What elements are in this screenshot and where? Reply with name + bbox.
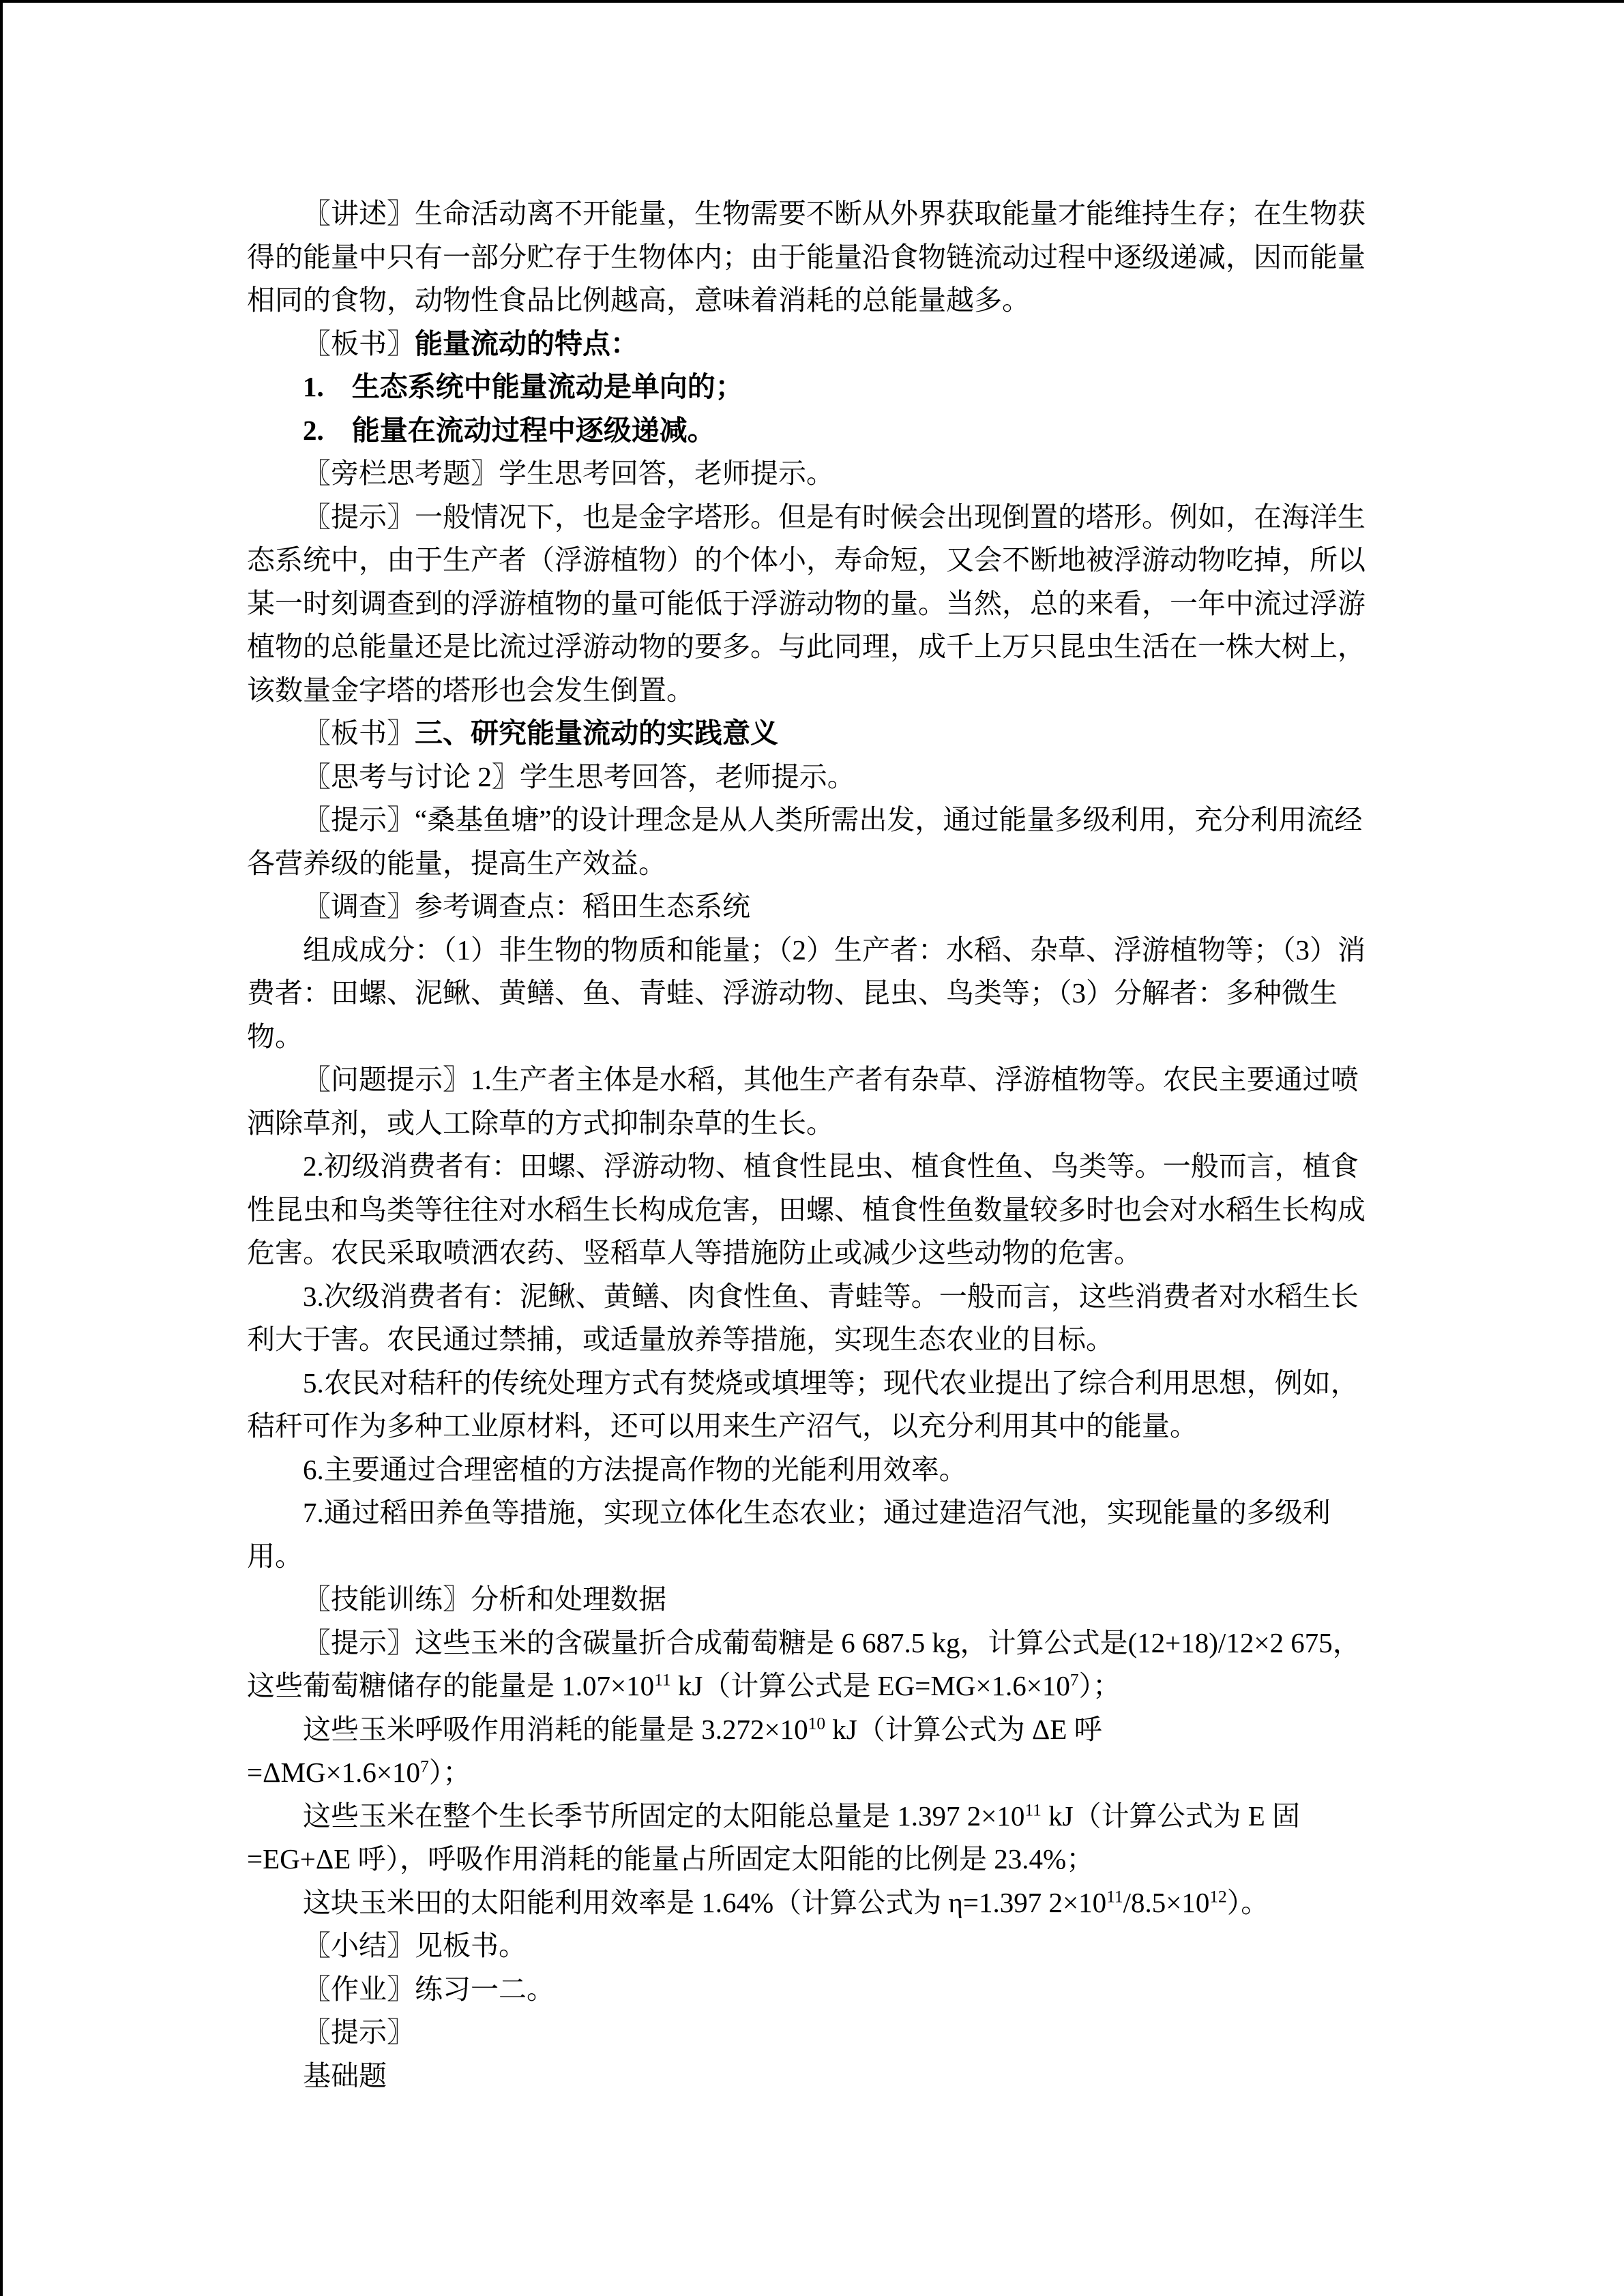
text-run: 〖板书〗: [303, 717, 415, 749]
paragraph: 5.农民对秸秆的传统处理方式有焚烧或填埋等；现代农业提出了综合利用思想，例如，秸…: [247, 1362, 1368, 1448]
superscript-text: 7: [420, 1757, 429, 1776]
text-run: 能量流动的特点：: [415, 328, 638, 359]
text-run: 〖提示〗一般情况下，也是金字塔形。但是有时候会出现倒置的塔形。例如，在海洋生态系…: [247, 501, 1365, 706]
text-run: 6.主要通过合理密植的方法提高作物的光能利用效率。: [303, 1454, 967, 1485]
text-run: 7.通过稻田养鱼等措施，实现立体化生态农业；通过建造沼气池，实现能量的多级利用。: [247, 1497, 1331, 1572]
paragraph: 〖板书〗能量流动的特点：: [247, 323, 1368, 366]
text-run: 这些玉米呼吸作用消耗的能量是 3.272×10: [303, 1714, 808, 1745]
text-run: 〖提示〗: [303, 2016, 415, 2048]
paragraph: 〖问题提示〗1.生产者主体是水稻，其他生产者有杂草、浮游植物等。农民主要通过喷洒…: [247, 1058, 1368, 1145]
text-run: 〖板书〗: [303, 328, 415, 359]
text-run: 〖小结〗见板书。: [303, 1930, 527, 1961]
paragraph: 6.主要通过合理密植的方法提高作物的光能利用效率。: [247, 1448, 1368, 1492]
superscript-text: 11: [1024, 1800, 1041, 1819]
text-run: 基础题: [303, 2060, 387, 2091]
text-run: 〖作业〗练习一二。: [303, 1973, 555, 2005]
document-body: 〖讲述〗生命活动离不开能量，生物需要不断从外界获取能量才能维持生存；在生物获得的…: [247, 192, 1368, 2098]
paragraph: 〖讲述〗生命活动离不开能量，生物需要不断从外界获取能量才能维持生存；在生物获得的…: [247, 192, 1368, 323]
scan-edge-left: [0, 0, 3, 2296]
paragraph: 〖技能训练〗分析和处理数据: [247, 1578, 1368, 1622]
paragraph: 〖提示〗“桑基鱼塘”的设计理念是从人类所需出发，通过能量多级利用，充分利用流经各…: [247, 799, 1368, 885]
text-run: 这些玉米在整个生长季节所固定的太阳能总量是 1.397 2×10: [303, 1800, 1024, 1832]
paragraph: 2. 能量在流动过程中逐级递减。: [247, 409, 1368, 453]
paragraph: 〖思考与讨论 2〗学生思考回答，老师提示。: [247, 756, 1368, 799]
superscript-text: 11: [654, 1670, 670, 1689]
text-run: 〖旁栏思考题〗学生思考回答，老师提示。: [303, 458, 834, 489]
superscript-text: 12: [1209, 1887, 1226, 1906]
paragraph: 基础题: [247, 2055, 1368, 2098]
text-run: 〖提示〗“桑基鱼塘”的设计理念是从人类所需出发，通过能量多级利用，充分利用流经各…: [247, 804, 1362, 879]
paragraph: 这些玉米在整个生长季节所固定的太阳能总量是 1.397 2×1011 kJ（计算…: [247, 1795, 1368, 1881]
paragraph: 〖提示〗: [247, 2011, 1368, 2055]
text-run: 3.次级消费者有：泥鳅、黄鳝、肉食性鱼、青蛙等。一般而言，这些消费者对水稻生长利…: [247, 1281, 1359, 1356]
text-run: kJ（计算公式为 ΔE 呼: [825, 1714, 1102, 1745]
text-run: =ΔMG×1.6×10: [247, 1757, 420, 1788]
superscript-text: 7: [1070, 1670, 1079, 1689]
text-run: 2.初级消费者有：田螺、浮游动物、植食性昆虫、植食性鱼、鸟类等。一般而言，植食性…: [247, 1150, 1365, 1268]
paragraph: 〖板书〗三、研究能量流动的实践意义: [247, 712, 1368, 756]
text-run: 5.农民对秸秆的传统处理方式有焚烧或填埋等；现代农业提出了综合利用思想，例如，秸…: [247, 1367, 1359, 1442]
text-run: 组成成分：（1）非生物的物质和能量；（2）生产者：水稻、杂草、浮游植物等；（3）…: [247, 934, 1365, 1052]
text-run: ）；: [1079, 1670, 1121, 1701]
paragraph: 〖提示〗这些玉米的含碳量折合成葡萄糖是 6 687.5 kg，计算公式是(12+…: [247, 1622, 1368, 1708]
paragraph: 组成成分：（1）非生物的物质和能量；（2）生产者：水稻、杂草、浮游植物等；（3）…: [247, 929, 1368, 1059]
paragraph: 3.次级消费者有：泥鳅、黄鳝、肉食性鱼、青蛙等。一般而言，这些消费者对水稻生长利…: [247, 1275, 1368, 1362]
paragraph: 这些玉米呼吸作用消耗的能量是 3.272×1010 kJ（计算公式为 ΔE 呼=…: [247, 1708, 1368, 1795]
document-page: 〖讲述〗生命活动离不开能量，生物需要不断从外界获取能量才能维持生存；在生物获得的…: [0, 0, 1624, 2296]
superscript-text: 11: [1106, 1887, 1123, 1906]
paragraph: 〖旁栏思考题〗学生思考回答，老师提示。: [247, 452, 1368, 496]
paragraph: 这块玉米田的太阳能利用效率是 1.64%（计算公式为 η=1.397 2×101…: [247, 1881, 1368, 1925]
text-run: /8.5×10: [1123, 1887, 1210, 1918]
text-run: 这块玉米田的太阳能利用效率是 1.64%（计算公式为 η=1.397 2×10: [303, 1887, 1106, 1918]
text-run: 〖调查〗参考调查点：稻田生态系统: [303, 891, 750, 922]
scan-edge-top: [0, 0, 1624, 3]
paragraph: 2.初级消费者有：田螺、浮游动物、植食性昆虫、植食性鱼、鸟类等。一般而言，植食性…: [247, 1145, 1368, 1275]
text-run: kJ（计算公式是 EG=MG×1.6×10: [671, 1670, 1070, 1701]
text-run: 1. 生态系统中能量流动是单向的；: [303, 371, 743, 402]
text-run: 三、研究能量流动的实践意义: [415, 717, 778, 749]
text-run: 〖思考与讨论 2〗学生思考回答，老师提示。: [303, 761, 855, 792]
text-run: ）。: [1227, 1887, 1269, 1918]
text-run: =EG+ΔE 呼），呼吸作用消耗的能量占所固定太阳能的比例是 23.4%；: [247, 1843, 1094, 1875]
text-run: kJ（计算公式为 E 固: [1042, 1800, 1300, 1832]
text-run: 〖问题提示〗1.生产者主体是水稻，其他生产者有杂草、浮游植物等。农民主要通过喷洒…: [247, 1064, 1359, 1139]
superscript-text: 10: [808, 1714, 825, 1733]
text-run: 2. 能量在流动过程中逐级递减。: [303, 415, 715, 446]
text-run: 〖技能训练〗分析和处理数据: [303, 1583, 666, 1615]
text-run: 〖讲述〗生命活动离不开能量，生物需要不断从外界获取能量才能维持生存；在生物获得的…: [247, 198, 1365, 316]
paragraph: 7.通过稻田养鱼等措施，实现立体化生态农业；通过建造沼气池，实现能量的多级利用。: [247, 1491, 1368, 1578]
text-run: ）；: [429, 1757, 471, 1788]
paragraph: 〖调查〗参考调查点：稻田生态系统: [247, 885, 1368, 929]
paragraph: 〖作业〗练习一二。: [247, 1968, 1368, 2012]
paragraph: 〖小结〗见板书。: [247, 1924, 1368, 1968]
paragraph: 〖提示〗一般情况下，也是金字塔形。但是有时候会出现倒置的塔形。例如，在海洋生态系…: [247, 496, 1368, 713]
paragraph: 1. 生态系统中能量流动是单向的；: [247, 366, 1368, 409]
